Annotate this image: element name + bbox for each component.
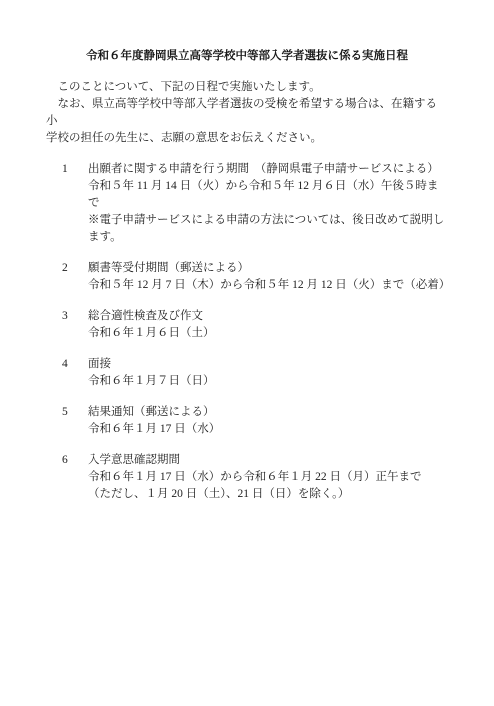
schedule-item-5: 5 結果通知（郵送による） 令和６年１月 17 日（水）: [46, 404, 448, 438]
item-heading: 願書等受付期間（郵送による）: [88, 260, 448, 277]
item-number: 4: [46, 356, 88, 373]
schedule-item-2: 2 願書等受付期間（郵送による） 令和５年 12 月 7 日（木）から令和５年 …: [46, 260, 448, 294]
item-detail-line: 令和６年１月 17 日（水）から令和６年１月 22 日（月）正午まで: [46, 469, 448, 486]
item-detail-line: ※電子申請サービスによる申請の方法については、後日改めて説明します。: [46, 212, 448, 246]
item-number: 6: [46, 452, 88, 469]
item-number: 5: [46, 404, 88, 421]
item-number: 1: [46, 161, 88, 178]
schedule-item-6: 6 入学意思確認期間 令和６年１月 17 日（水）から令和６年１月 22 日（月…: [46, 452, 448, 503]
intro-line-1: このことについて、下記の日程で実施いたします。: [46, 79, 448, 96]
intro-line-2: なお、県立高等学校中等部入学者選抜の受検を希望する場合は、在籍する小: [46, 96, 448, 130]
item-heading: 面接: [88, 356, 448, 373]
document-page: 令和６年度静岡県立高等学校中等部入学者選抜に係る実施日程 このことについて、下記…: [0, 0, 494, 706]
intro-line-3: 学校の担任の先生に、志願の意思をお伝えください。: [46, 130, 448, 147]
item-number: 2: [46, 260, 88, 277]
schedule-item-1: 1 出願者に関する申請を行う期間 （静岡県電子申請サービスによる） 令和５年 1…: [46, 161, 448, 246]
item-detail-line: 令和５年 12 月 7 日（木）から令和５年 12 月 12 日（火）まで（必着…: [46, 277, 448, 294]
item-detail-line: （ただし、１月 20 日（土）、21 日（日）を除く。）: [46, 486, 448, 503]
item-detail-line: 令和６年１月７日（日）: [46, 373, 448, 390]
item-heading: 総合適性検査及び作文: [88, 308, 448, 325]
item-detail-line: 令和５年 11 月 14 日（火）から令和５年 12 月６日（水）午後５時まで: [46, 178, 448, 212]
item-detail-line: 令和６年１月６日（土）: [46, 325, 448, 342]
item-heading: 出願者に関する申請を行う期間 （静岡県電子申請サービスによる）: [88, 161, 448, 178]
intro-paragraph: このことについて、下記の日程で実施いたします。 なお、県立高等学校中等部入学者選…: [46, 79, 448, 147]
schedule-item-3: 3 総合適性検査及び作文 令和６年１月６日（土）: [46, 308, 448, 342]
document-title: 令和６年度静岡県立高等学校中等部入学者選抜に係る実施日程: [46, 48, 448, 65]
item-heading: 入学意思確認期間: [88, 452, 448, 469]
item-detail-line: 令和６年１月 17 日（水）: [46, 421, 448, 438]
item-number: 3: [46, 308, 88, 325]
schedule-item-4: 4 面接 令和６年１月７日（日）: [46, 356, 448, 390]
item-heading: 結果通知（郵送による）: [88, 404, 448, 421]
